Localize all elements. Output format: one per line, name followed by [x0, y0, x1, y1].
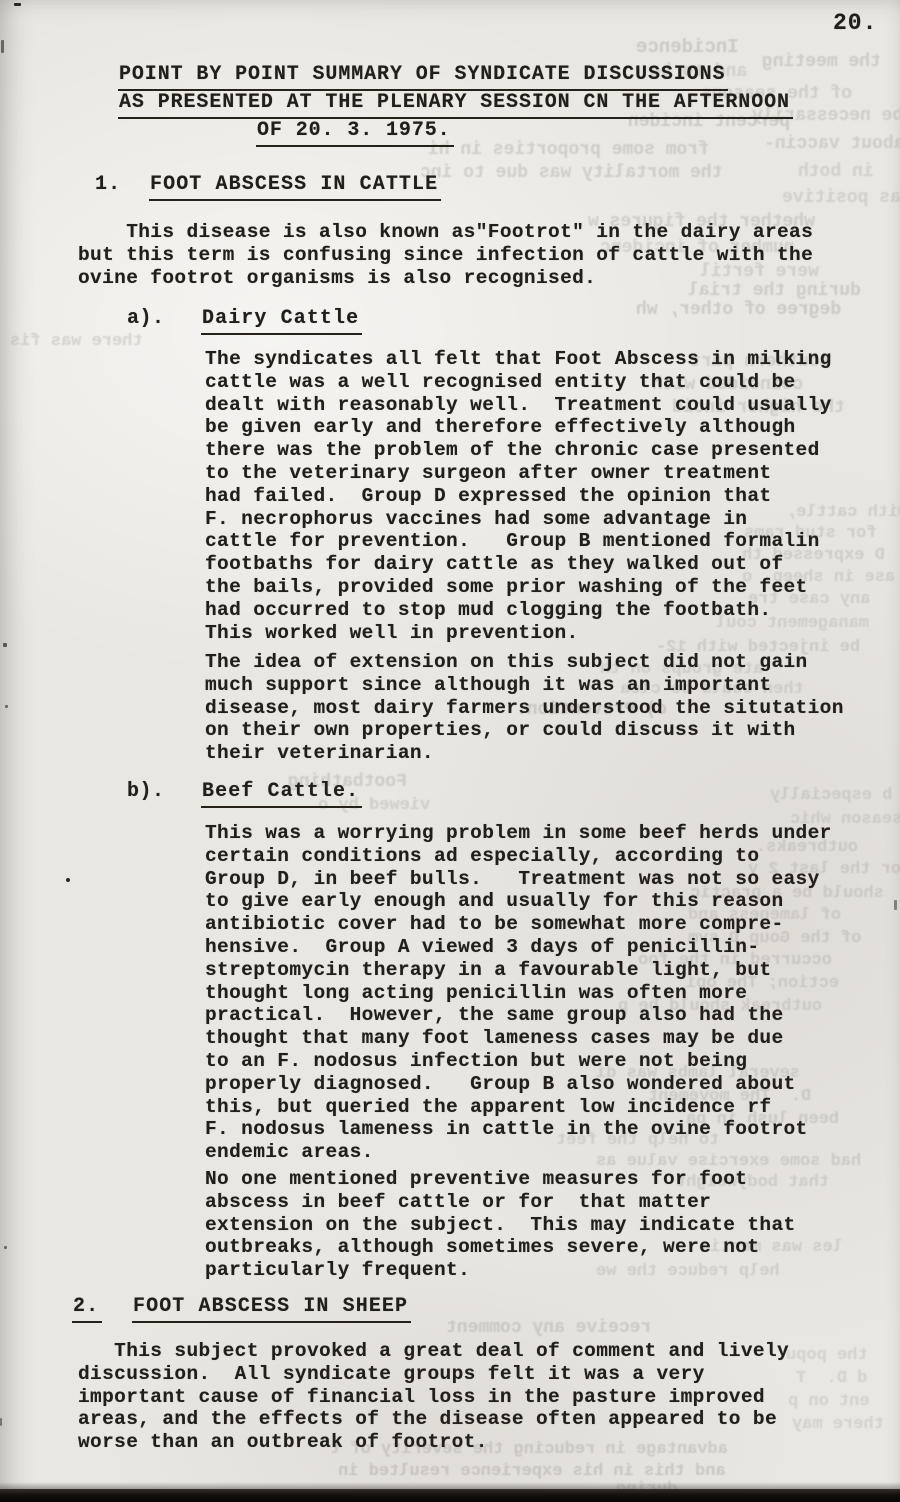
- ghost-text-fragment: from some proporties in hi: [428, 140, 709, 160]
- ghost-text-fragment: receive any comment: [446, 1318, 651, 1338]
- ghost-text-fragment: and this in his experience resulted in: [338, 1462, 726, 1481]
- scan-speck: [3, 643, 7, 647]
- document-title-line-3: OF 20. 3. 1975.: [256, 118, 454, 147]
- subsection-b-heading: Beef Cattle.: [201, 779, 362, 808]
- ghost-text-fragment: the mortality was due to inc: [420, 163, 722, 183]
- ghost-text-fragment: about vaccin-: [764, 134, 900, 154]
- subsection-b-label: b).: [127, 779, 165, 805]
- scanned-document-page: Incidencethe meetingand to beof the seas…: [0, 0, 900, 1502]
- section-1-number: 1.: [95, 172, 121, 198]
- section-1-heading: FOOT ABSCESS IN CATTLE: [149, 172, 441, 201]
- ghost-text-fragment: there was fis: [10, 332, 143, 351]
- section-2-heading: FOOT ABSCESS IN SHEEP: [132, 1294, 411, 1323]
- scan-speck: [5, 705, 8, 708]
- dairy-cattle-paragraph-2: The idea of extension on this subject di…: [205, 651, 844, 765]
- scan-speck: [14, 3, 21, 6]
- ghost-text-fragment: there may: [792, 1415, 884, 1434]
- ghost-text-fragment: d b especially: [770, 786, 900, 805]
- ghost-text-fragment: in both: [798, 162, 874, 182]
- ghost-text-fragment: degree of other, wh: [636, 300, 841, 320]
- ghost-text-fragment: ent on p: [788, 1392, 870, 1411]
- scan-edge-bottom-bar: [0, 1489, 900, 1502]
- beef-cattle-paragraph-2: No one mentioned preventive measures for…: [205, 1168, 796, 1282]
- subsection-a-label: a).: [127, 306, 165, 332]
- section-1-intro-paragraph: This disease is also known as"Footrot" i…: [78, 221, 813, 289]
- stray-period-mark: [66, 878, 70, 882]
- beef-cattle-paragraph-1: This was a worrying problem in some beef…: [205, 822, 832, 1164]
- scan-edge-shadow: [0, 1482, 900, 1489]
- scan-speck: [4, 1246, 7, 1249]
- section-2-intro-paragraph: This subject provoked a great deal of co…: [78, 1340, 789, 1454]
- page-number: 20.: [833, 12, 877, 35]
- document-title-line-1: POINT BY POINT SUMMARY OF SYNDICATE DISC…: [118, 62, 728, 91]
- ghost-text-fragment: Incidence: [636, 36, 739, 58]
- scan-speck: [0, 1418, 2, 1426]
- ghost-text-fragment: the popu: [786, 1346, 868, 1365]
- section-2-number: 2.: [72, 1294, 102, 1323]
- scan-speck: [894, 900, 897, 910]
- ghost-text-fragment: d D. T: [796, 1369, 867, 1388]
- dairy-cattle-paragraph-1: The syndicates all felt that Foot Absces…: [205, 348, 832, 644]
- ghost-text-fragment: as positive: [782, 188, 900, 208]
- scan-speck: [1, 40, 4, 53]
- ghost-text-fragment: the meeting: [762, 52, 881, 72]
- subsection-a-heading: Dairy Cattle: [201, 306, 362, 335]
- document-title-line-2: AS PRESENTED AT THE PLENARY SESSION CN T…: [118, 90, 793, 119]
